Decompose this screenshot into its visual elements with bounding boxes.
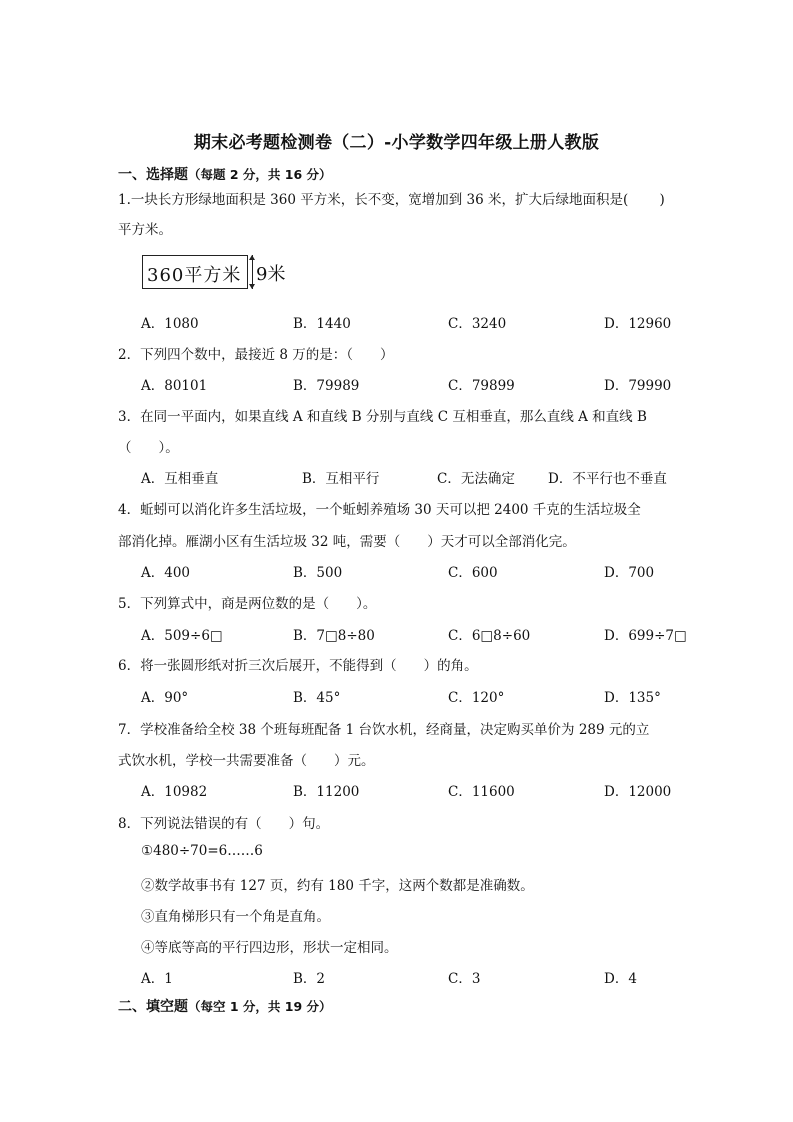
option-c[interactable]: C．3240	[448, 312, 506, 332]
option-d[interactable]: D．12000	[604, 780, 671, 800]
option-d[interactable]: D．135°	[604, 686, 661, 706]
page-title: 期末必考题检测卷（二）-小学数学四年级上册人教版	[0, 128, 793, 153]
question-3-line-2: （ ）。	[118, 436, 179, 456]
option-a[interactable]: A．80101	[141, 374, 207, 394]
statement-2: ②数学故事书有 127 页，约有 180 千字，这两个数都是准确数。	[141, 874, 534, 894]
option-a[interactable]: A．1080	[141, 312, 199, 332]
option-c[interactable]: C．6□8÷60	[448, 624, 530, 644]
option-b[interactable]: B．79989	[293, 374, 359, 394]
option-a[interactable]: A．509÷6□	[141, 624, 223, 644]
option-a[interactable]: A．90°	[141, 686, 188, 706]
question-1-options: A．1080 B．1440 C．3240 D．12960	[0, 312, 793, 332]
option-c[interactable]: C．3	[448, 967, 480, 987]
question-text: 下列说法错误的有（ ）句。	[140, 816, 329, 832]
question-number: 2．	[118, 347, 140, 363]
option-d[interactable]: D．不平行也不垂直	[548, 467, 667, 487]
question-8: 8．下列说法错误的有（ ）句。	[118, 812, 329, 832]
question-1-line-2: 平方米。	[118, 218, 172, 238]
option-b[interactable]: B．7□8÷80	[293, 624, 375, 644]
statement-4: ④等底等高的平行四边形，形状一定相同。	[141, 936, 398, 956]
question-text: 蚯蚓可以消化许多生活垃圾，一个蚯蚓养殖场 30 天可以把 2400 千克的生活垃…	[140, 502, 641, 518]
width-label: 9米	[256, 260, 285, 286]
question-number: 4．	[118, 502, 140, 518]
option-d[interactable]: D．4	[604, 967, 637, 987]
question-text: 下列四个数中，最接近 8 万的是：（ ）	[140, 347, 393, 363]
option-c[interactable]: C．11600	[448, 780, 515, 800]
question-text: 一块长方形绿地面积是 360 平方米，长不变，宽增加到 36 米，扩大后绿地面积…	[131, 192, 665, 208]
question-3-options: A．互相垂直 B．互相平行 C．无法确定 D．不平行也不垂直	[0, 467, 793, 487]
area-label: 360平方米	[147, 261, 241, 287]
question-6-options: A．90° B．45° C．120° D．135°	[0, 686, 793, 706]
question-number: 5．	[118, 596, 140, 612]
question-6: 6．将一张圆形纸对折三次后展开，不能得到（ ）的角。	[118, 654, 478, 674]
question-7-line-2: 式饮水机，学校一共需要准备（ ）元。	[118, 749, 375, 769]
section-title: 一、选择题	[118, 167, 188, 183]
option-a[interactable]: A．10982	[141, 780, 207, 800]
question-text: 学校准备给全校 38 个班每班配备 1 台饮水机，经商量，决定购买单价为 289…	[140, 722, 649, 738]
question-text: 将一张圆形纸对折三次后展开，不能得到（ ）的角。	[140, 658, 478, 674]
question-2-options: A．80101 B．79989 C．79899 D．79990	[0, 374, 793, 394]
option-b[interactable]: B．500	[293, 561, 342, 581]
option-b[interactable]: B．1440	[293, 312, 351, 332]
question-5-options: A．509÷6□ B．7□8÷80 C．6□8÷60 D．699÷7□	[0, 624, 793, 644]
option-a[interactable]: A．400	[141, 561, 190, 581]
option-c[interactable]: C．79899	[448, 374, 515, 394]
rectangle-box: 360平方米	[142, 255, 248, 289]
question-text: 下列算式中，商是两位数的是（ ）。	[140, 596, 376, 612]
question-number: 6．	[118, 658, 140, 674]
double-arrow-icon	[252, 255, 253, 289]
option-b[interactable]: B．11200	[293, 780, 359, 800]
section-title: 二、填空题	[118, 999, 188, 1015]
question-number: 3．	[118, 409, 140, 425]
question-1-line-1: 1.一块长方形绿地面积是 360 平方米，长不变，宽增加到 36 米，扩大后绿地…	[118, 188, 665, 208]
question-4-options: A．400 B．500 C．600 D．700	[0, 561, 793, 581]
option-a[interactable]: A．1	[141, 967, 173, 987]
question-7-line-1: 7．学校准备给全校 38 个班每班配备 1 台饮水机，经商量，决定购买单价为 2…	[118, 718, 649, 738]
section-note: （每空 1 分，共 19 分）	[188, 999, 332, 1014]
section-heading-choice: 一、选择题（每题 2 分，共 16 分）	[118, 164, 332, 184]
option-d[interactable]: D．79990	[604, 374, 671, 394]
statement-3: ③直角梯形只有一个角是直角。	[141, 905, 330, 925]
question-4-line-1: 4．蚯蚓可以消化许多生活垃圾，一个蚯蚓养殖场 30 天可以把 2400 千克的生…	[118, 498, 641, 518]
question-7-options: A．10982 B．11200 C．11600 D．12000	[0, 780, 793, 800]
question-number: 8．	[118, 816, 140, 832]
question-number: 1.	[118, 192, 131, 208]
option-c[interactable]: C．120°	[448, 686, 504, 706]
statement-1: ①480÷70=6……6	[141, 843, 263, 859]
question-number: 7．	[118, 722, 140, 738]
option-b[interactable]: B．2	[293, 967, 325, 987]
question-5: 5．下列算式中，商是两位数的是（ ）。	[118, 592, 376, 612]
option-d[interactable]: D．700	[604, 561, 654, 581]
option-c[interactable]: C．600	[448, 561, 498, 581]
question-3-line-1: 3．在同一平面内，如果直线 A 和直线 B 分别与直线 C 互相垂直，那么直线 …	[118, 405, 647, 425]
section-heading-fill: 二、填空题（每空 1 分，共 19 分）	[118, 996, 332, 1016]
option-d[interactable]: D．12960	[604, 312, 671, 332]
question-4-line-2: 部消化掉。雁湖小区有生活垃圾 32 吨，需要（ ）天才可以全部消化完。	[118, 530, 576, 550]
question-2: 2．下列四个数中，最接近 8 万的是：（ ）	[118, 343, 394, 363]
question-text: 在同一平面内，如果直线 A 和直线 B 分别与直线 C 互相垂直，那么直线 A …	[140, 409, 647, 425]
option-d[interactable]: D．699÷7□	[604, 624, 687, 644]
section-note: （每题 2 分，共 16 分）	[188, 167, 332, 182]
option-c[interactable]: C．无法确定	[437, 467, 515, 487]
option-a[interactable]: A．互相垂直	[141, 467, 218, 487]
question-8-options: A．1 B．2 C．3 D．4	[0, 967, 793, 987]
option-b[interactable]: B．45°	[293, 686, 340, 706]
rectangle-figure: 360平方米 9米	[142, 255, 302, 293]
option-b[interactable]: B．互相平行	[302, 467, 379, 487]
